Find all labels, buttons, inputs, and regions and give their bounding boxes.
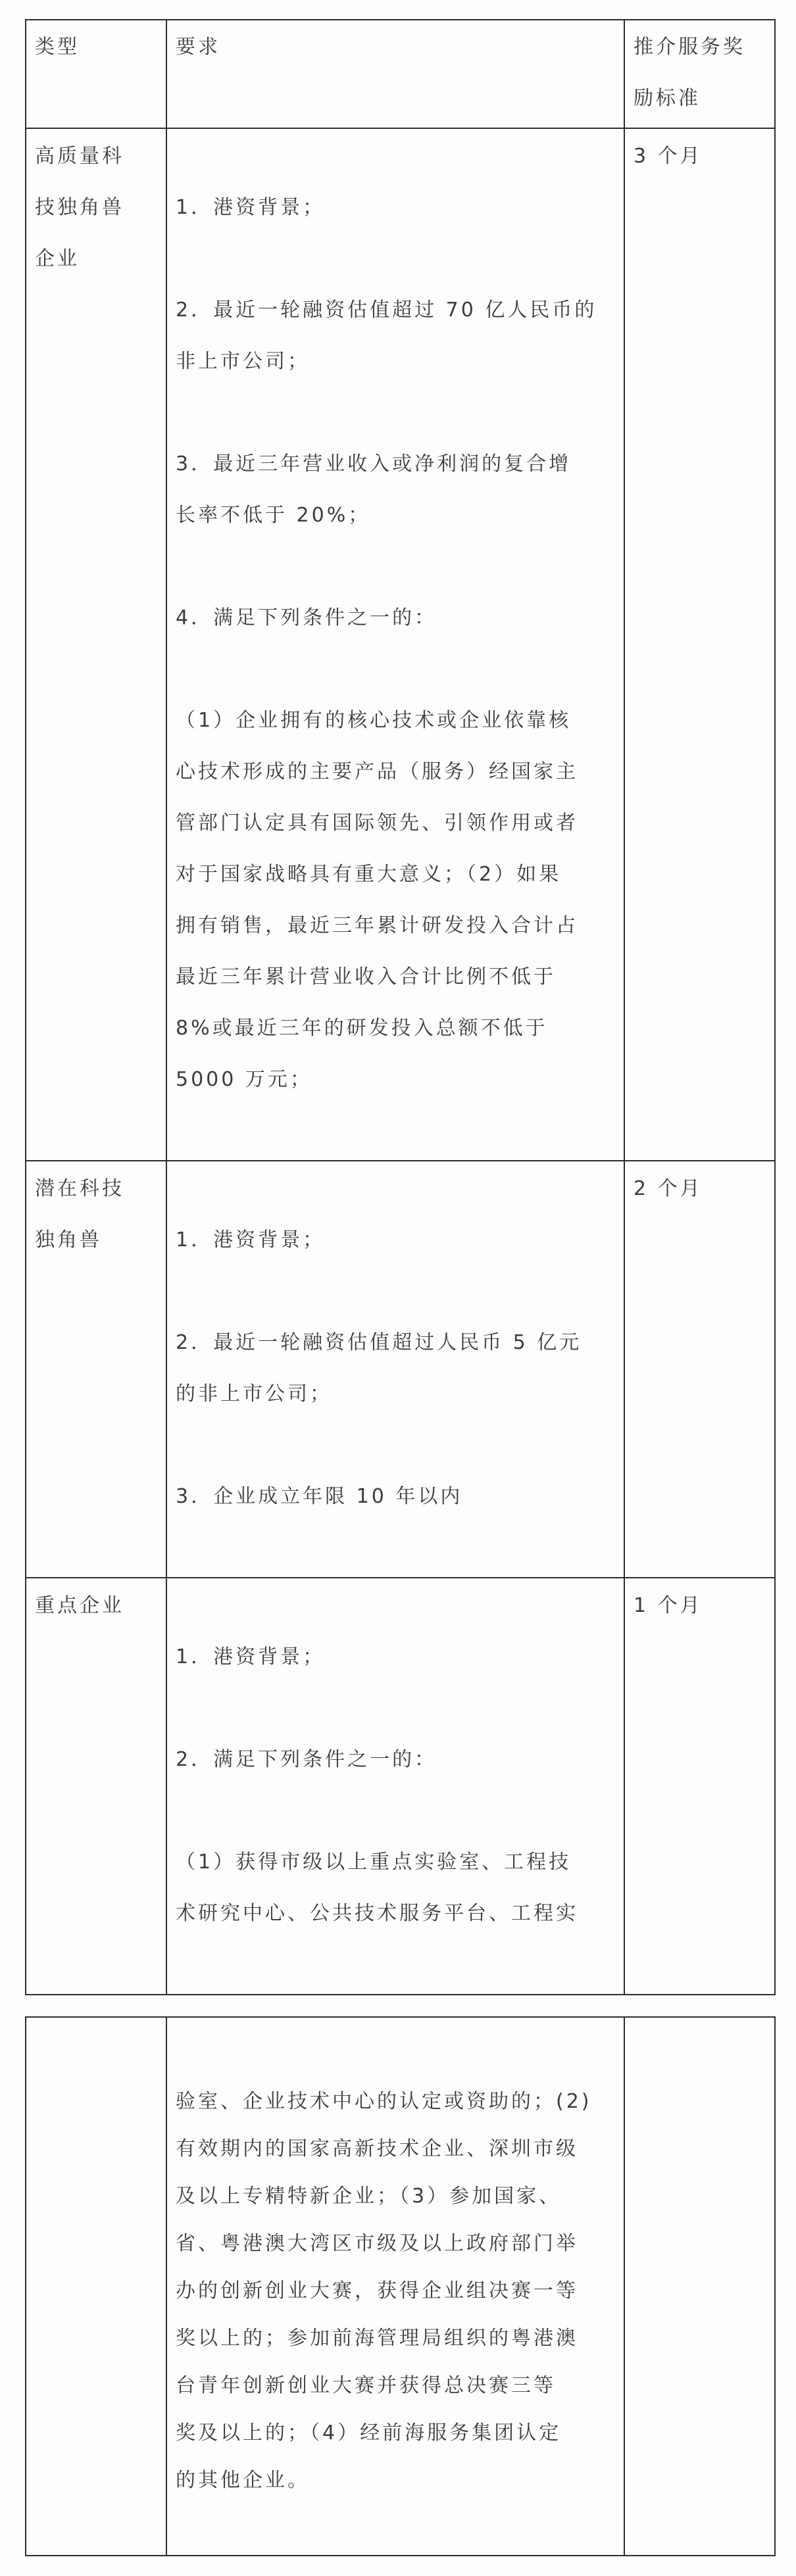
cell-requirements-continued: 验室、企业技术中心的认定或资助的；(2) 有效期内的国家高新技术企业、深圳市级 …	[166, 2017, 624, 2556]
requirement-item: 1．港资背景；	[176, 1632, 615, 1683]
incentive-table-part1: 类型 要求 推介服务奖 励标准 高质量科 技独角兽 企业 1．港资背景； 2．最…	[25, 19, 776, 1995]
requirement-item: 2．最近一轮融资估值超过 70 亿人民币的 非上市公司；	[176, 285, 615, 387]
cell-requirements-key-enterprise: 1．港资背景； 2．满足下列条件之一的： （1）获得市级以上重点实验室、工程技 …	[166, 1578, 624, 1995]
requirement-item: 2．满足下列条件之一的：	[176, 1734, 615, 1786]
page-break-gap	[25, 1995, 774, 2016]
requirement-item: （1）获得市级以上重点实验室、工程技 术研究中心、公共技术服务平台、工程实	[176, 1837, 615, 1939]
cell-requirements-high-quality-tech-unicorn: 1．港资背景； 2．最近一轮融资估值超过 70 亿人民币的 非上市公司； 3．最…	[166, 128, 624, 1161]
header-row: 类型 要求 推介服务奖 励标准	[26, 20, 775, 128]
document-page: 类型 要求 推介服务奖 励标准 高质量科 技独角兽 企业 1．港资背景； 2．最…	[0, 0, 796, 2576]
cell-reward-empty	[624, 2017, 775, 2556]
cell-reward-key-enterprise: 1 个月	[624, 1578, 775, 1995]
requirement-item: 验室、企业技术中心的认定或资助的；(2) 有效期内的国家高新技术企业、深圳市级 …	[176, 2078, 615, 2504]
requirement-item: 3．最近三年营业收入或净利润的复合增 长率不低于 20%；	[176, 439, 615, 541]
header-reward-standard: 推介服务奖 励标准	[624, 20, 775, 128]
requirement-item: （1）企业拥有的核心技术或企业依靠核 心技术形成的主要产品（服务）经国家主 管部…	[176, 695, 615, 1106]
requirement-item: 4．满足下列条件之一的：	[176, 593, 615, 644]
row-key-enterprise-continued: 验室、企业技术中心的认定或资助的；(2) 有效期内的国家高新技术企业、深圳市级 …	[26, 2017, 775, 2556]
cell-requirements-potential-tech-unicorn: 1．港资背景； 2．最近一轮融资估值超过人民币 5 亿元 的非上市公司； 3．企…	[166, 1161, 624, 1578]
cell-type-high-quality-tech-unicorn: 高质量科 技独角兽 企业	[26, 128, 166, 1161]
row-key-enterprise: 重点企业 1．港资背景； 2．满足下列条件之一的： （1）获得市级以上重点实验室…	[26, 1578, 775, 1995]
header-type: 类型	[26, 20, 166, 128]
row-high-quality-tech-unicorn: 高质量科 技独角兽 企业 1．港资背景； 2．最近一轮融资估值超过 70 亿人民…	[26, 128, 775, 1161]
header-requirements: 要求	[166, 20, 624, 128]
cell-type-key-enterprise: 重点企业	[26, 1578, 166, 1995]
cell-reward-high-quality-tech-unicorn: 3 个月	[624, 128, 775, 1161]
requirement-item: 3．企业成立年限 10 年以内	[176, 1471, 615, 1522]
requirement-item: 1．港资背景；	[176, 182, 615, 233]
cell-reward-potential-tech-unicorn: 2 个月	[624, 1161, 775, 1578]
incentive-table-part2: 验室、企业技术中心的认定或资助的；(2) 有效期内的国家高新技术企业、深圳市级 …	[25, 2016, 776, 2556]
cell-type-potential-tech-unicorn: 潜在科技 独角兽	[26, 1161, 166, 1578]
requirement-item: 1．港资背景；	[176, 1215, 615, 1266]
requirement-item: 2．最近一轮融资估值超过人民币 5 亿元 的非上市公司；	[176, 1317, 615, 1420]
cell-type-empty	[26, 2017, 166, 2556]
row-potential-tech-unicorn: 潜在科技 独角兽 1．港资背景； 2．最近一轮融资估值超过人民币 5 亿元 的非…	[26, 1161, 775, 1578]
